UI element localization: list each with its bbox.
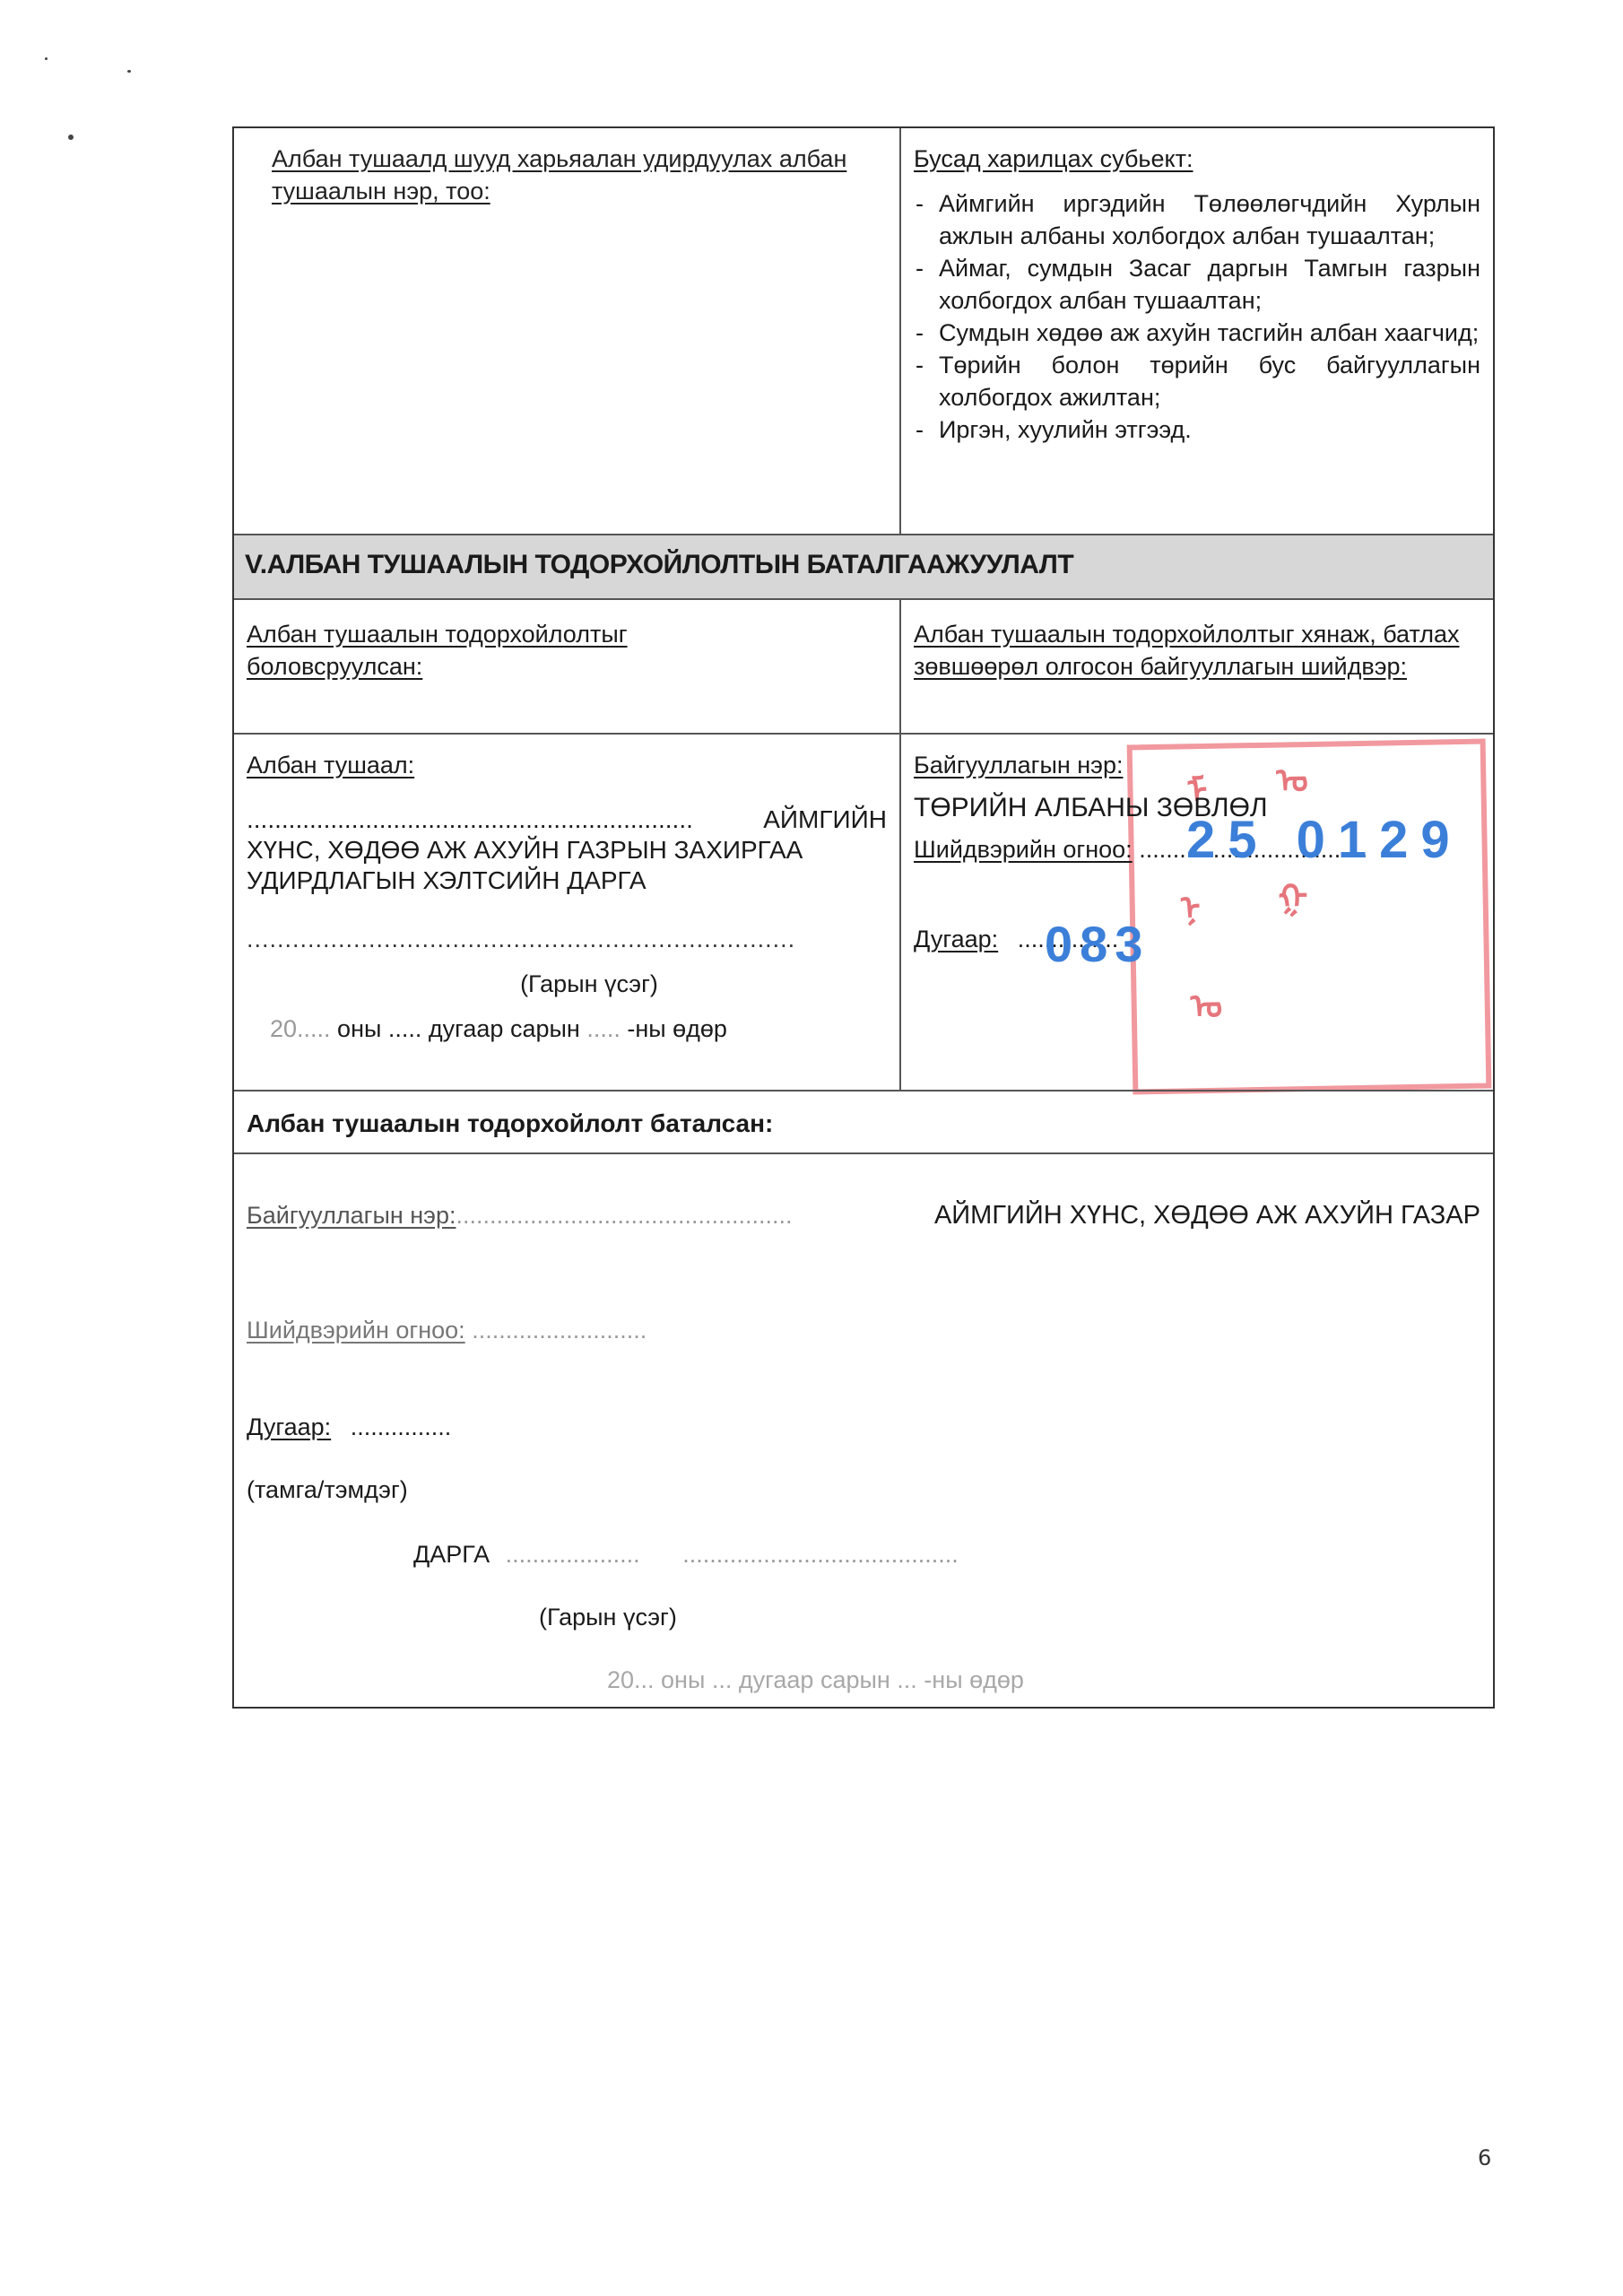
job-description-form: Албан тушаалд шууд харьяалан удирдуулах … <box>232 126 1495 1709</box>
date-month: оны ..... дугаар сарын <box>331 1015 587 1042</box>
head-signature-dots[interactable]: ........................................… <box>682 1541 959 1568</box>
subordinates-cell: Албан тушаалд шууд харьяалан удирдуулах … <box>234 128 901 534</box>
prepared-approval-row: Албан тушаалын тодорхойлолтыг боловсруул… <box>234 598 1493 733</box>
position-dots: ........................................… <box>247 804 693 835</box>
position-cell: Албан тушаал: ..........................… <box>234 735 901 1090</box>
section-v-header: V.АЛБАН ТУШААЛЫН ТОДОРХОЙЛОЛТЫН БАТАЛГАА… <box>234 534 1493 598</box>
approved-org-line: Байгууллагын нэр:.......................… <box>247 1199 1480 1231</box>
approved-details: Байгууллагын нэр:.......................… <box>234 1154 1493 1707</box>
signature-line[interactable]: ........................................… <box>247 923 887 955</box>
approved-details-row: Байгууллагын нэр:.......................… <box>234 1152 1493 1707</box>
other-contacts-list: Аймгийн иргэдийн Төлөөлөгчдийн Хурлын аж… <box>914 187 1480 446</box>
date-line: 20..... оны ..... дугаар сарын ..... -ны… <box>247 1013 887 1045</box>
approved-org-dots: ........................................… <box>456 1202 792 1229</box>
decision-cell: ᠮ ᠣ ᠨ ᠭ ᠤ Байгууллагын нэр: ТӨРИЙН АЛБАН… <box>901 735 1493 1090</box>
list-item: Төрийн болон төрийн бус байгууллагын хол… <box>914 349 1480 413</box>
approved-number-dots: ............... <box>351 1413 452 1440</box>
list-item: Аймаг, сумдын Засаг даргын Тамгын газрын… <box>914 252 1480 317</box>
position-value: ........................................… <box>247 804 887 896</box>
stamp-glyph: ᠭ <box>1278 882 1307 915</box>
approved-date-footer: 20... оны ... дугаар сарын ... -ны өдөр <box>607 1664 1024 1696</box>
decision-date-stamp: 25 0129 <box>1186 824 1462 857</box>
org-name-label: Байгууллагын нэр: <box>914 749 1480 781</box>
approved-title-row: Албан тушаалын тодорхойлолт баталсан: <box>234 1090 1493 1152</box>
scan-speck <box>127 70 131 73</box>
approved-org-value: АЙМГИЙН ХҮНС, ХӨДӨӨ АЖ АХУЙН ГАЗАР <box>934 1199 1480 1231</box>
scan-speck <box>45 57 48 60</box>
subordinates-heading: Албан тушаалд шууд харьяалан удирдуулах … <box>272 143 887 207</box>
date-day: ..... <box>586 1015 621 1042</box>
section-title: V.АЛБАН ТУШААЛЫН ТОДОРХОЙЛОЛТЫН БАТАЛГАА… <box>234 535 1084 598</box>
list-item: Аймгийн иргэдийн Төлөөлөгчдийн Хурлын аж… <box>914 187 1480 252</box>
date-year: 20..... <box>270 1015 331 1042</box>
head-name-dots[interactable]: .................... <box>506 1541 640 1568</box>
prepared-label: Албан тушаалын тодорхойлолтыг боловсруул… <box>247 618 668 683</box>
head-label: ДАРГА <box>413 1541 490 1568</box>
number-stamp: 083 <box>1045 928 1150 961</box>
approval-label: Албан тушаалын тодорхойлолтыг хянаж, бат… <box>914 618 1480 683</box>
approved-date-label: Шийдвэрийн огноо: <box>247 1317 465 1344</box>
position-label: Албан тушаал: <box>247 749 887 781</box>
stamp-glyph: ᠨ <box>1180 892 1202 925</box>
stamp-glyph: ᠤ <box>1190 991 1222 1024</box>
list-item: Иргэн, хуулийн этгээд. <box>914 413 1480 446</box>
approved-number-line: Дугаар: ............... <box>247 1411 451 1443</box>
approved-number-label: Дугаар: <box>247 1413 331 1440</box>
approved-signature-label: (Гарын үсэг) <box>539 1601 677 1633</box>
scan-speck <box>68 135 74 140</box>
other-contacts-cell: Бусад харилцах субьект: Аймгийн иргэдийн… <box>901 128 1493 534</box>
list-item: Сумдын хөдөө аж ахуйн тасгийн албан хааг… <box>914 317 1480 349</box>
decision-date-label: Шийдвэрийн огноо: <box>914 836 1133 863</box>
approval-cell: Албан тушаалын тодорхойлолтыг хянаж, бат… <box>901 600 1493 733</box>
approved-date-line: Шийдвэрийн огноо: ......................… <box>247 1314 647 1346</box>
other-contacts-heading: Бусад харилцах субьект: <box>914 143 1480 175</box>
approved-head-line: ДАРГА .................... .............… <box>413 1538 959 1570</box>
page-number: 6 <box>1478 2145 1491 2170</box>
relations-row: Албан тушаалд шууд харьяалан удирдуулах … <box>234 128 1493 534</box>
approved-org-label: Байгууллагын нэр: <box>247 1202 456 1229</box>
date-suffix: -ны өдөр <box>621 1015 727 1042</box>
position-value-1: АЙМГИЙН <box>763 804 887 835</box>
number-label: Дугаар: <box>914 926 998 952</box>
number-line: Дугаар: ............... <box>914 923 1480 955</box>
signature-label: (Гарын үсэг) <box>247 968 887 1000</box>
position-value-2: ХҮНС, ХӨДӨӨ АЖ АХУЙН ГАЗРЫН ЗАХИРГАА УДИ… <box>247 835 887 896</box>
approved-stamp-label: (тамга/тэмдэг) <box>247 1474 408 1506</box>
signature-row: Албан тушаал: ..........................… <box>234 733 1493 1090</box>
approved-date-dots: .......................... <box>472 1317 647 1344</box>
approved-title: Албан тушаалын тодорхойлолт баталсан: <box>234 1091 1493 1152</box>
prepared-cell: Албан тушаалын тодорхойлолтыг боловсруул… <box>234 600 901 733</box>
